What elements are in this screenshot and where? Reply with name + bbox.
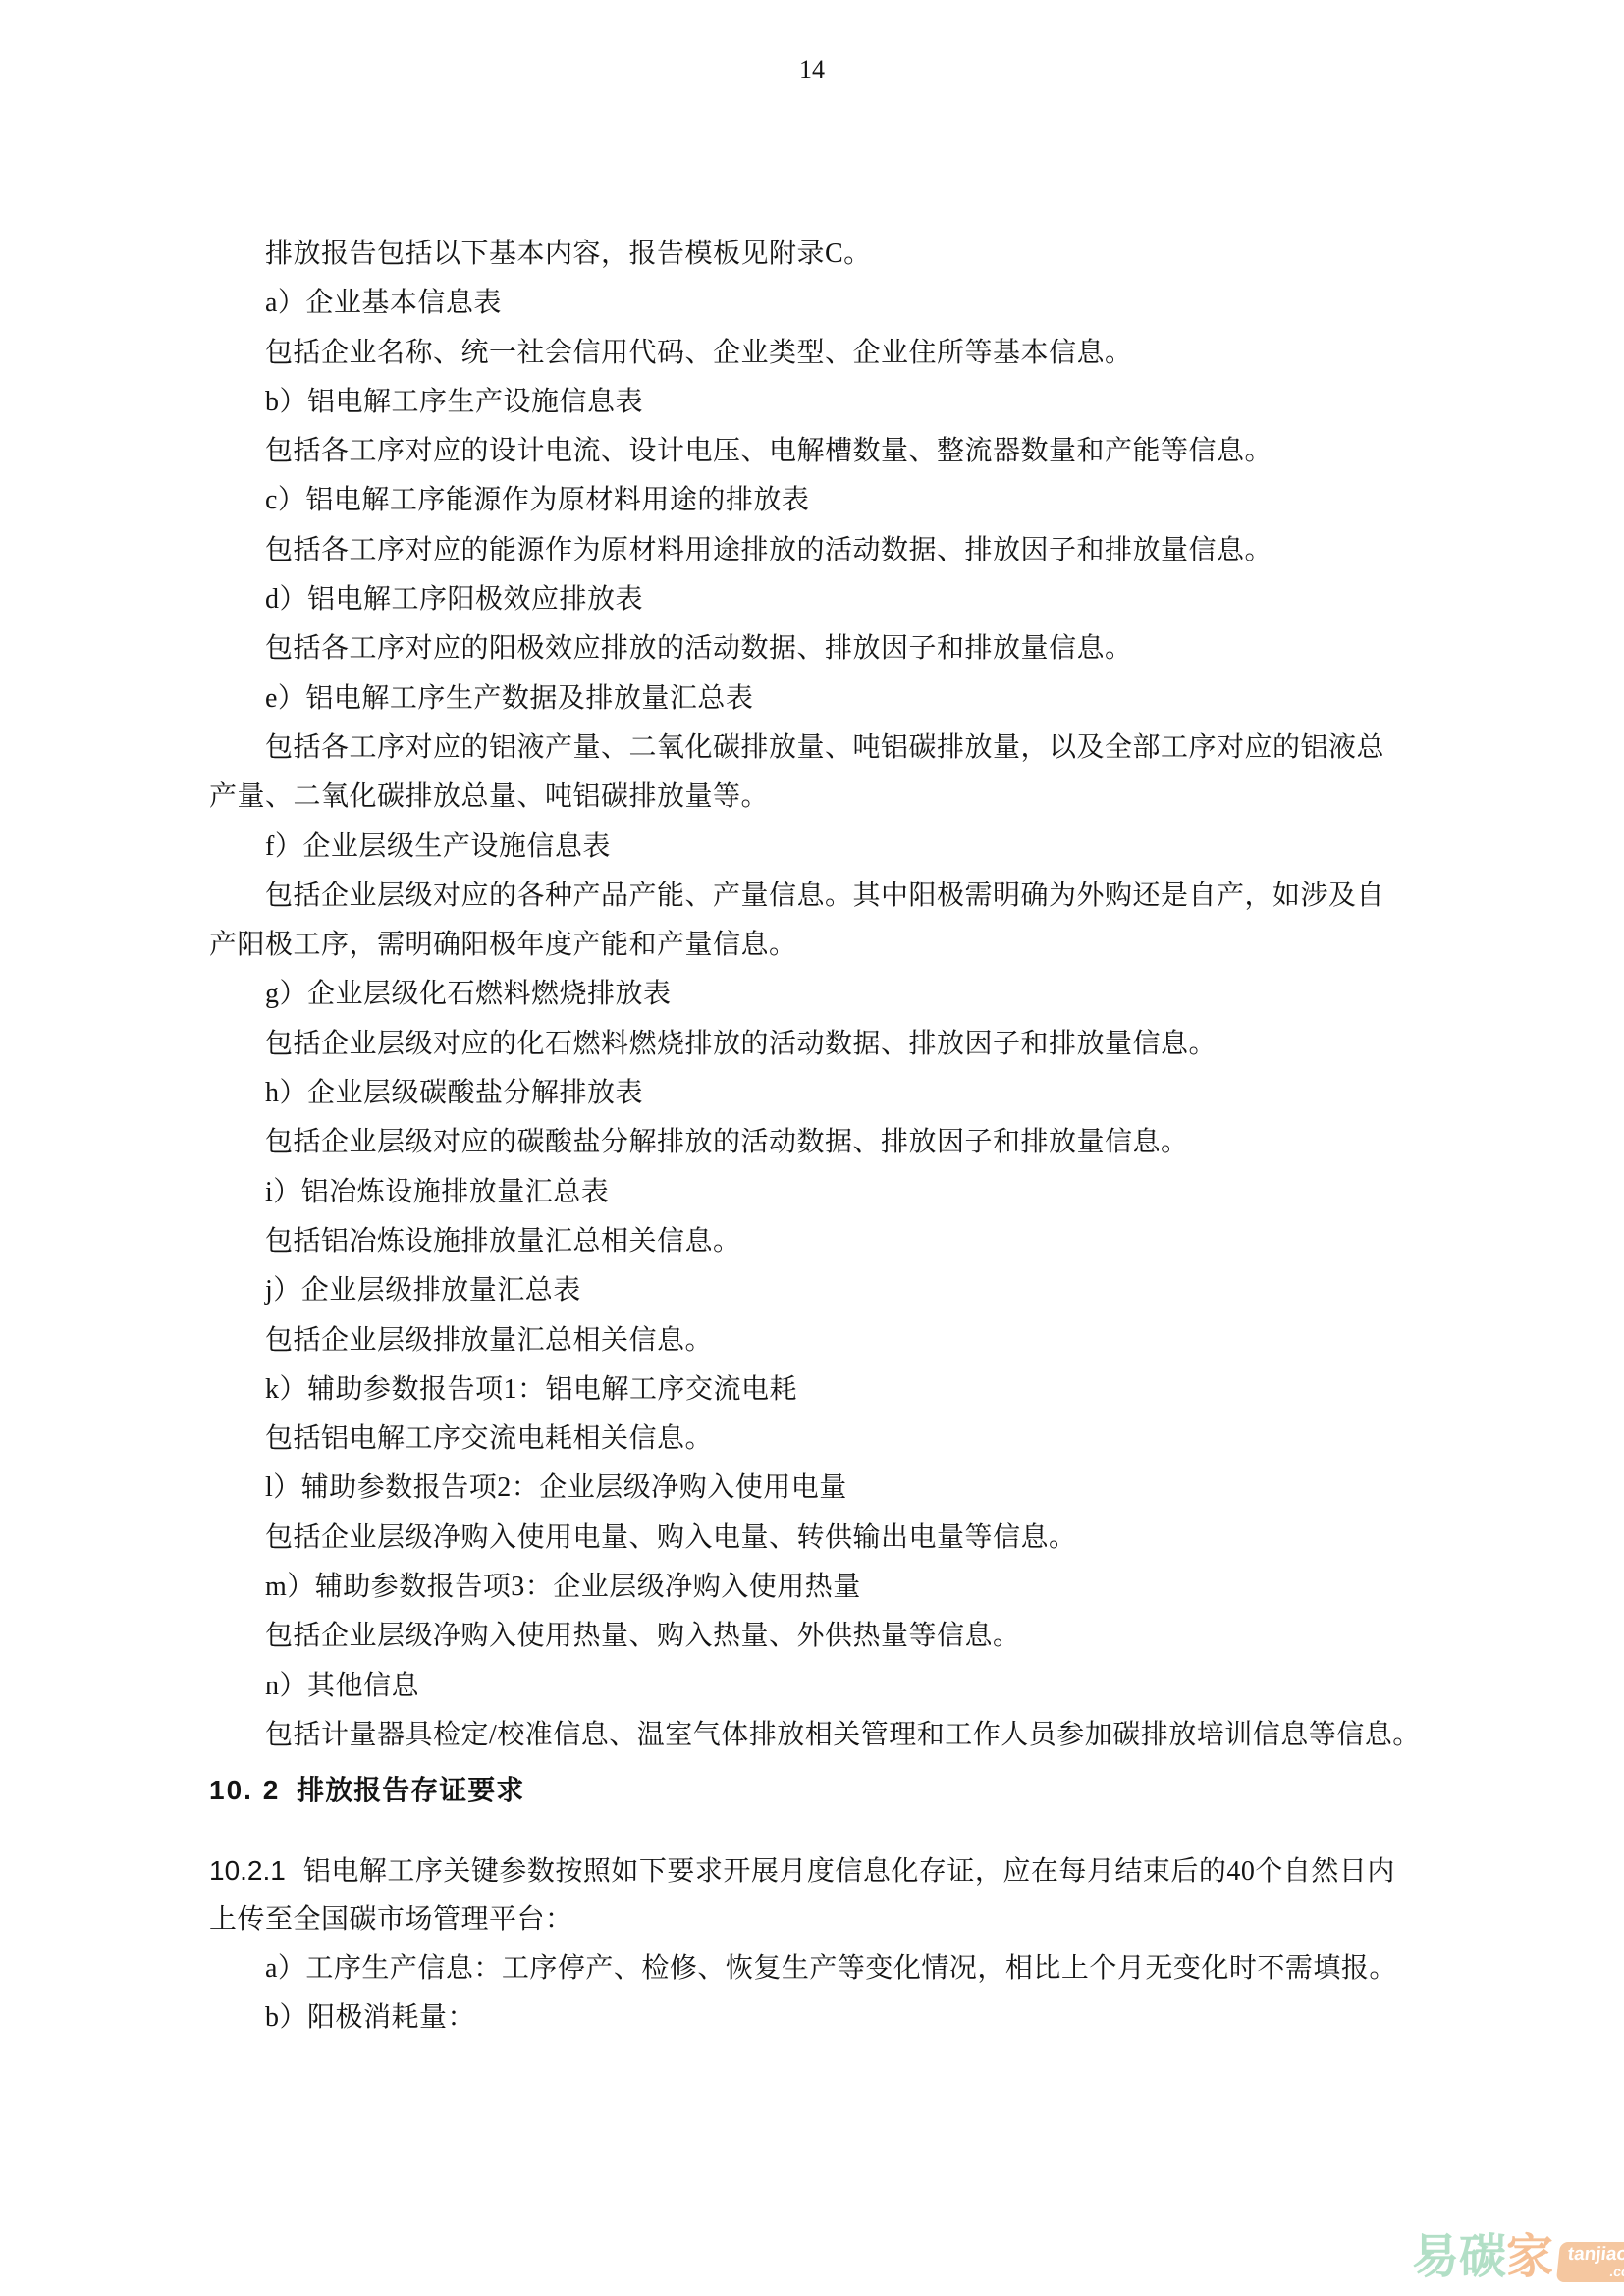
text-line: h）企业层级碳酸盐分解排放表 [209, 1069, 1436, 1118]
text-line: 包括各工序对应的铝液产量、二氧化碳排放量、吨铝碳排放量，以及全部工序对应的铝液总 [209, 723, 1436, 773]
document-page: 排放报告包括以下基本内容，报告模板见附录C。a）企业基本信息表包括企业名称、统一… [0, 0, 1624, 2296]
text-line: 包括各工序对应的阳极效应排放的活动数据、排放因子和排放量信息。 [209, 624, 1436, 673]
text-line: g）企业层级化石燃料燃烧排放表 [209, 970, 1436, 1019]
text-line: 包括铝电解工序交流电耗相关信息。 [209, 1415, 1436, 1464]
text-line: 上传至全国碳市场管理平台： [209, 1896, 1436, 1945]
text-line: 包括企业名称、统一社会信用代码、企业类型、企业住所等基本信息。 [209, 329, 1436, 378]
text-line: b）阳极消耗量： [209, 1994, 1436, 2043]
watermark-char-jia: 家 [1506, 2230, 1553, 2285]
text-line: 包括铝冶炼设施排放量汇总相关信息。 [209, 1217, 1436, 1266]
text-line: 包括各工序对应的能源作为原材料用途排放的活动数据、排放因子和排放量信息。 [209, 526, 1436, 575]
text-line: 包括计量器具检定/校准信息、温室气体排放相关管理和工作人员参加碳排放培训信息等信… [209, 1711, 1436, 1760]
text-line: 包括企业层级净购入使用热量、购入热量、外供热量等信息。 [209, 1612, 1436, 1661]
text-line: 排放报告包括以下基本内容，报告模板见附录C。 [209, 230, 1436, 279]
text-line: 包括企业层级排放量汇总相关信息。 [209, 1316, 1436, 1365]
clause-number: 10.2.1 [209, 1855, 286, 1886]
watermark-badge: tanjiaoyi .com [1556, 2242, 1624, 2282]
text-line: m）辅助参数报告项3：企业层级净购入使用热量 [209, 1563, 1436, 1612]
watermark-logo: 易 碳 家 tanjiaoyi .com [1412, 2230, 1624, 2285]
clause-number: 10. 2 [209, 1775, 280, 1805]
text-line: i）铝冶炼设施排放量汇总表 [209, 1168, 1436, 1217]
watermark-char-yi: 易 [1412, 2230, 1459, 2285]
page-number: 14 [0, 54, 1624, 85]
watermark-char-tan: 碳 [1459, 2230, 1506, 2285]
text-line: k）辅助参数报告项1：铝电解工序交流电耗 [209, 1365, 1436, 1415]
text-line: 包括企业层级净购入使用电量、购入电量、转供输出电量等信息。 [209, 1514, 1436, 1563]
text-line: n）其他信息 [209, 1662, 1436, 1711]
text-line: f）企业层级生产设施信息表 [209, 823, 1436, 872]
text-line: a）企业基本信息表 [209, 279, 1436, 328]
text-line: 产阳极工序，需明确阳极年度产能和产量信息。 [209, 921, 1436, 970]
watermark-badge-text: tanjiaoyi [1567, 2245, 1624, 2265]
line-text: 铝电解工序关键参数按照如下要求开展月度信息化存证，应在每月结束后的40个自然日内 [303, 1856, 1395, 1887]
watermark-badge-domain: .com [1565, 2265, 1624, 2278]
text-line: 包括企业层级对应的碳酸盐分解排放的活动数据、排放因子和排放量信息。 [209, 1118, 1436, 1167]
clause-line: 10.2.1铝电解工序关键参数按照如下要求开展月度信息化存证，应在每月结束后的4… [209, 1846, 1436, 1896]
text-line: 包括企业层级对应的各种产品产能、产量信息。其中阳极需明确为外购还是自产，如涉及自 [209, 872, 1436, 921]
line-text: 排放报告存证要求 [297, 1775, 524, 1805]
text-line: l）辅助参数报告项2：企业层级净购入使用电量 [209, 1464, 1436, 1513]
text-line: c）铝电解工序能源作为原材料用途的排放表 [209, 476, 1436, 525]
text-line: 产量、二氧化碳排放总量、吨铝碳排放量等。 [209, 773, 1436, 822]
text-line: e）铝电解工序生产数据及排放量汇总表 [209, 674, 1436, 723]
text-line: 包括各工序对应的设计电流、设计电压、电解槽数量、整流器数量和产能等信息。 [209, 427, 1436, 476]
document-body: 排放报告包括以下基本内容，报告模板见附录C。a）企业基本信息表包括企业名称、统一… [209, 230, 1436, 2044]
section-heading: 10. 2排放报告存证要求 [209, 1766, 1436, 1815]
text-line: j）企业层级排放量汇总表 [209, 1266, 1436, 1315]
text-line: 包括企业层级对应的化石燃料燃烧排放的活动数据、排放因子和排放量信息。 [209, 1020, 1436, 1069]
text-line: a）工序生产信息：工序停产、检修、恢复生产等变化情况，相比上个月无变化时不需填报… [209, 1945, 1436, 1994]
text-line: d）铝电解工序阳极效应排放表 [209, 575, 1436, 624]
text-line: b）铝电解工序生产设施信息表 [209, 378, 1436, 427]
